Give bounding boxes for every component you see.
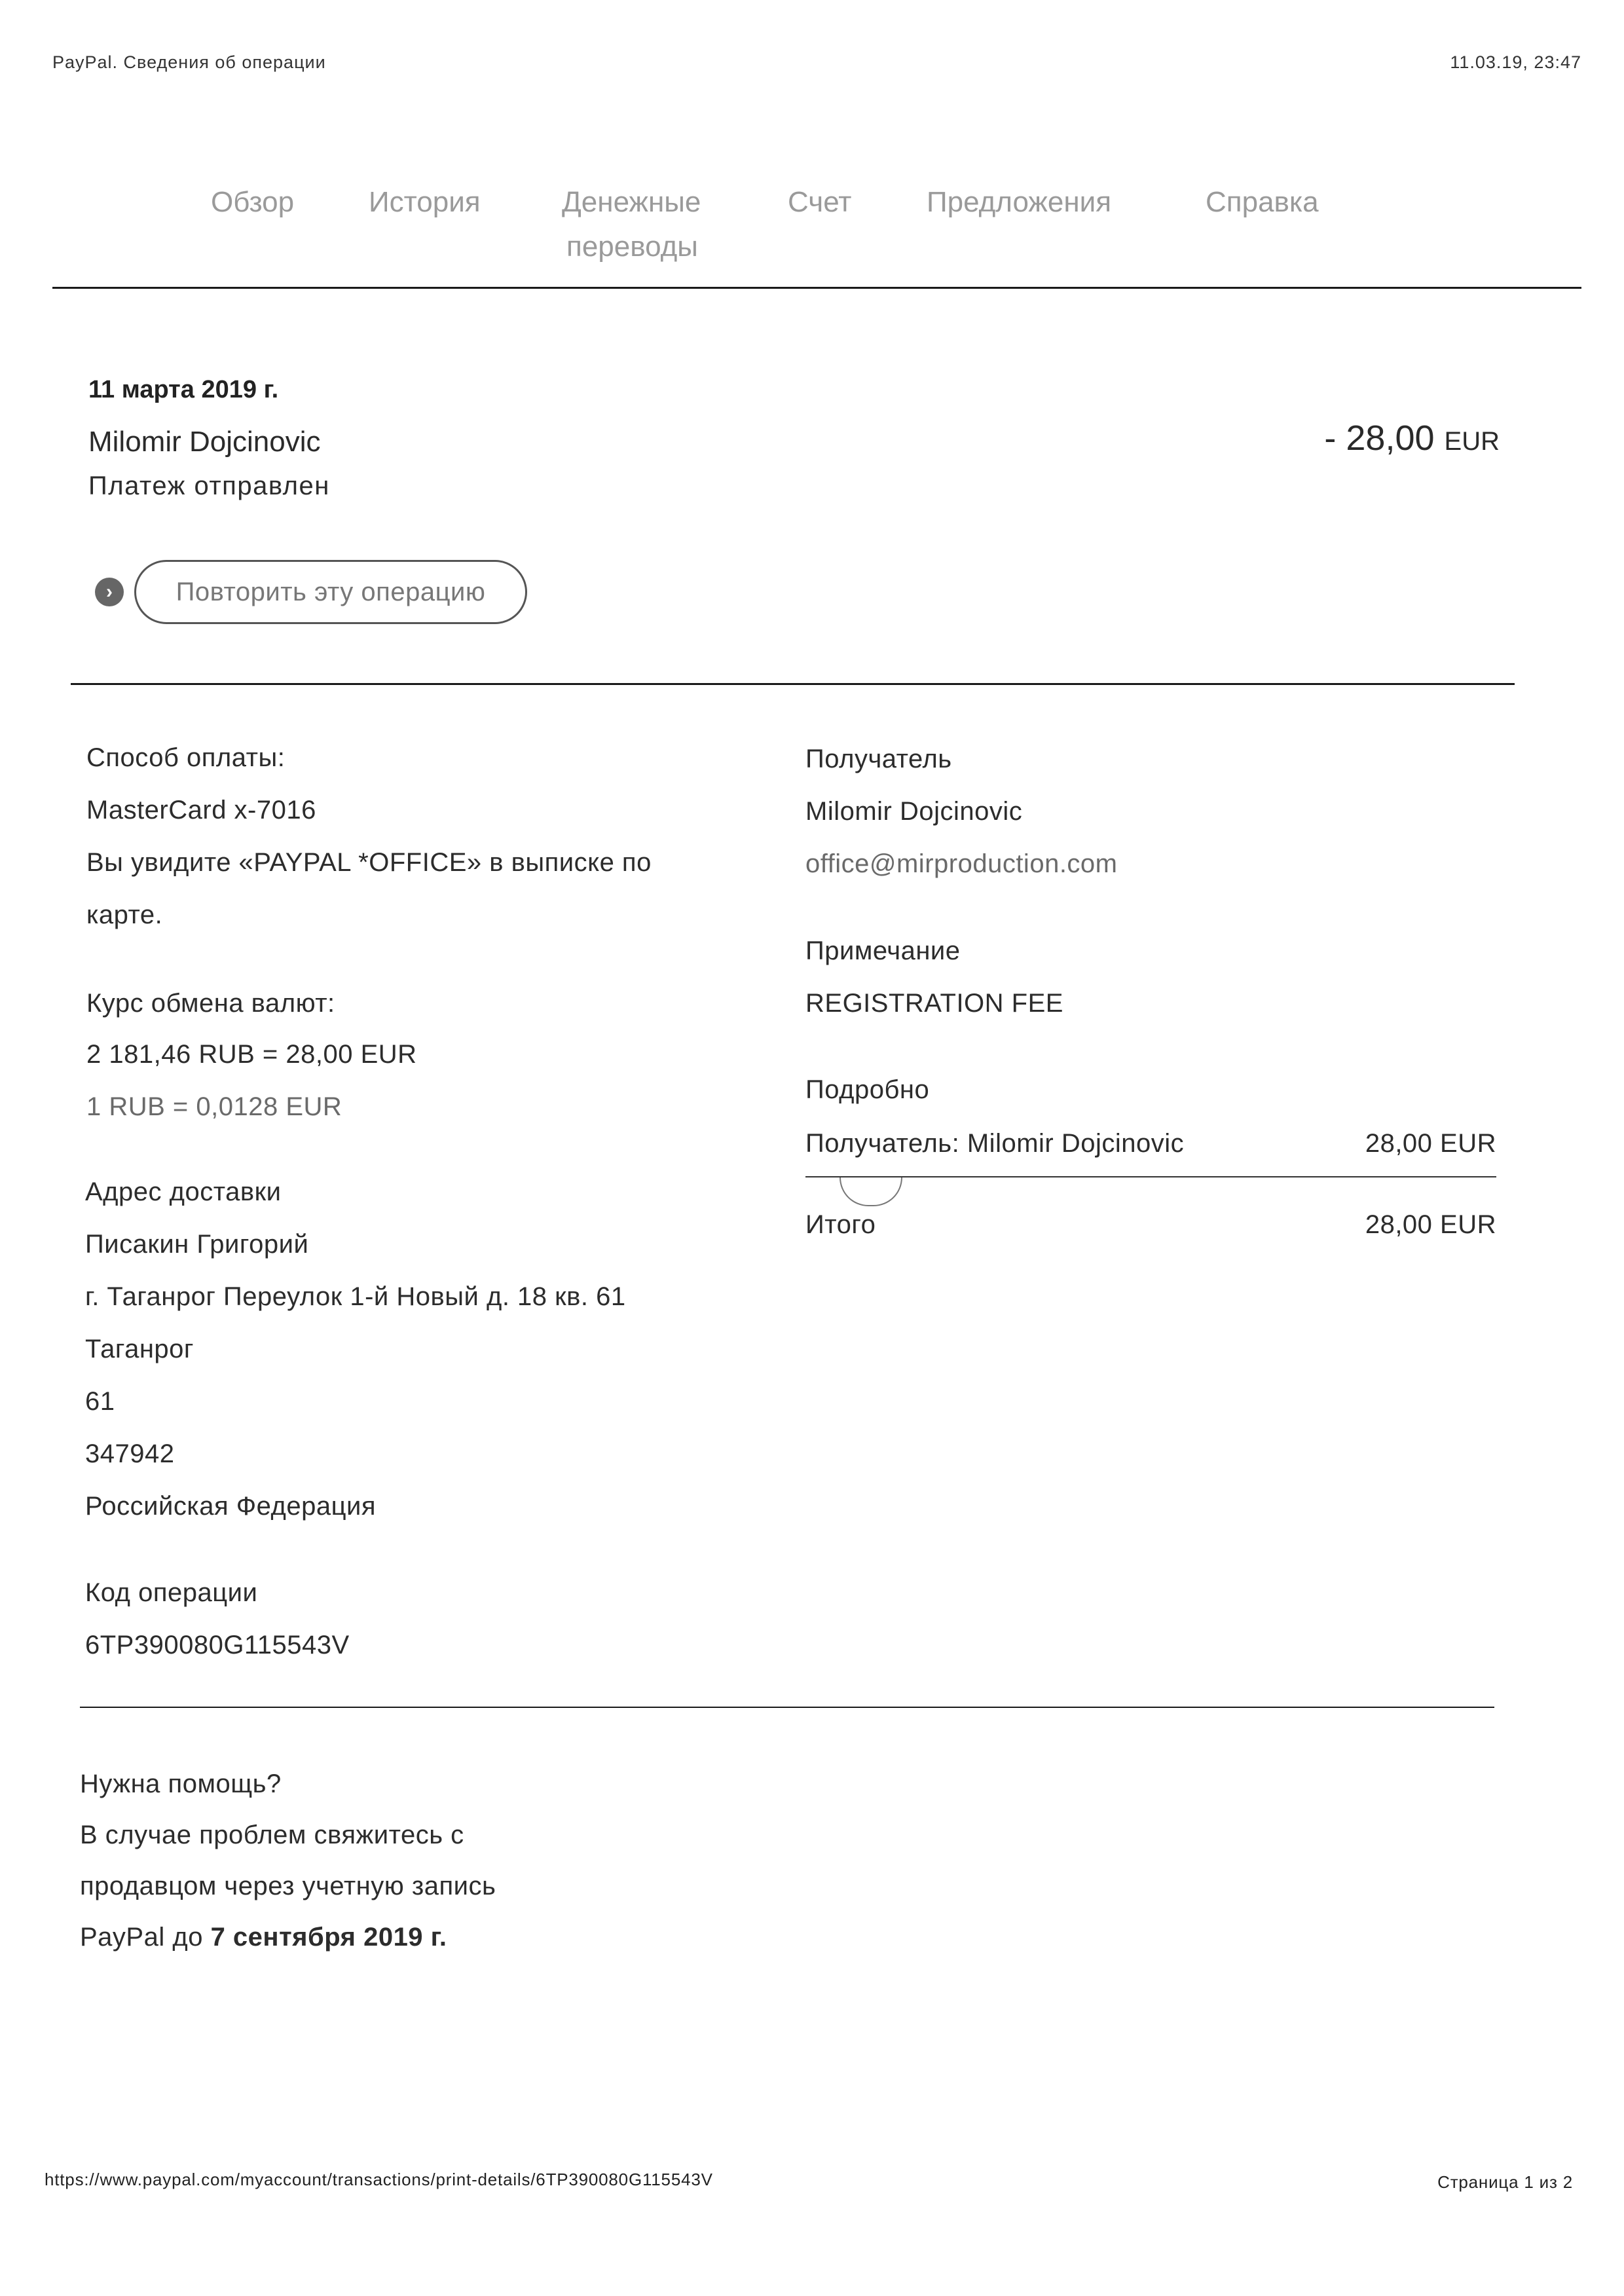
print-footer-url: https://www.paypal.com/myaccount/transac…: [45, 2170, 713, 2190]
nav-overview[interactable]: Обзор: [211, 180, 294, 225]
transaction-amount: - 28,00 EUR: [1324, 418, 1500, 458]
transaction-id-value: 6TP390080G115543V: [85, 1631, 350, 1660]
amount-value: - 28,00: [1324, 418, 1434, 458]
shipping-country: Российская Федерация: [85, 1492, 376, 1521]
exchange-rate-label: Курс обмена валют:: [86, 989, 335, 1018]
nav-account[interactable]: Счет: [788, 180, 851, 225]
help-line3: PayPal до 7 сентября 2019 г.: [80, 1923, 447, 1952]
dispute-deadline: 7 сентября 2019 г.: [211, 1923, 447, 1952]
shipping-address-label: Адрес доставки: [85, 1177, 281, 1207]
help-line3-prefix: PayPal до: [80, 1923, 211, 1952]
counterparty-name: Milomir Dojcinovic: [88, 426, 321, 458]
shipping-city: Таганрог: [85, 1335, 194, 1364]
note-label: Примечание: [805, 936, 961, 966]
shipping-region: 61: [85, 1387, 115, 1416]
shipping-street: г. Таганрог Переулок 1-й Новый д. 18 кв.…: [85, 1282, 626, 1312]
nav-offers[interactable]: Предложения: [927, 180, 1111, 225]
print-footer-page: Страница 1 из 2: [1437, 2172, 1573, 2193]
payment-method-label: Способ оплаты:: [86, 743, 285, 773]
details-divider: [80, 1707, 1494, 1708]
breakdown-line-amount: 28,00 EUR: [1365, 1129, 1496, 1158]
repeat-transaction-button[interactable]: Повторить эту операцию: [134, 560, 527, 624]
breakdown-divider: [805, 1176, 1496, 1177]
statement-note-line1: Вы увидите «PAYPAL *OFFICE» в выписке по: [86, 848, 652, 878]
pen-mark: [840, 1177, 902, 1206]
note-value: REGISTRATION FEE: [805, 989, 1063, 1018]
recipient-name: Milomir Dojcinovic: [805, 797, 1022, 826]
transaction-status: Платеж отправлен: [88, 472, 330, 501]
nav-transfers-line1: Денежные: [562, 186, 701, 218]
exchange-rate-value: 1 RUB = 0,0128 EUR: [86, 1092, 342, 1122]
chevron-right-circle-icon: ›: [95, 578, 124, 606]
total-label: Итого: [805, 1210, 876, 1240]
print-header-datetime: 11.03.19, 23:47: [1450, 52, 1581, 73]
help-title: Нужна помощь?: [80, 1769, 282, 1799]
transaction-id-label: Код операции: [85, 1578, 257, 1608]
nav-transfers-line2: переводы: [562, 231, 698, 263]
recipient-email: office@mirproduction.com: [805, 849, 1118, 879]
breakdown-line-label: Получатель: Milomir Dojcinovic: [805, 1129, 1184, 1158]
statement-note-line2: карте.: [86, 900, 162, 930]
nav-divider: [52, 287, 1581, 289]
nav-transfers[interactable]: Денежные переводы: [562, 180, 701, 269]
summary-divider: [71, 683, 1515, 685]
payment-card: MasterCard x-7016: [86, 796, 316, 825]
print-header-title: PayPal. Сведения об операции: [52, 52, 326, 73]
transaction-date: 11 марта 2019 г.: [88, 376, 278, 404]
recipient-label: Получатель: [805, 745, 952, 774]
help-line1: В случае проблем свяжитесь с: [80, 1821, 464, 1850]
help-line2: продавцом через учетную запись: [80, 1872, 496, 1901]
amount-currency: EUR: [1445, 427, 1500, 456]
nav-history[interactable]: История: [369, 180, 481, 225]
breakdown-label: Подробно: [805, 1075, 929, 1105]
nav-help[interactable]: Справка: [1206, 180, 1319, 225]
shipping-postcode: 347942: [85, 1439, 174, 1469]
total-amount: 28,00 EUR: [1365, 1210, 1496, 1240]
exchange-conversion: 2 181,46 RUB = 28,00 EUR: [86, 1040, 417, 1069]
shipping-name: Писакин Григорий: [85, 1230, 308, 1259]
